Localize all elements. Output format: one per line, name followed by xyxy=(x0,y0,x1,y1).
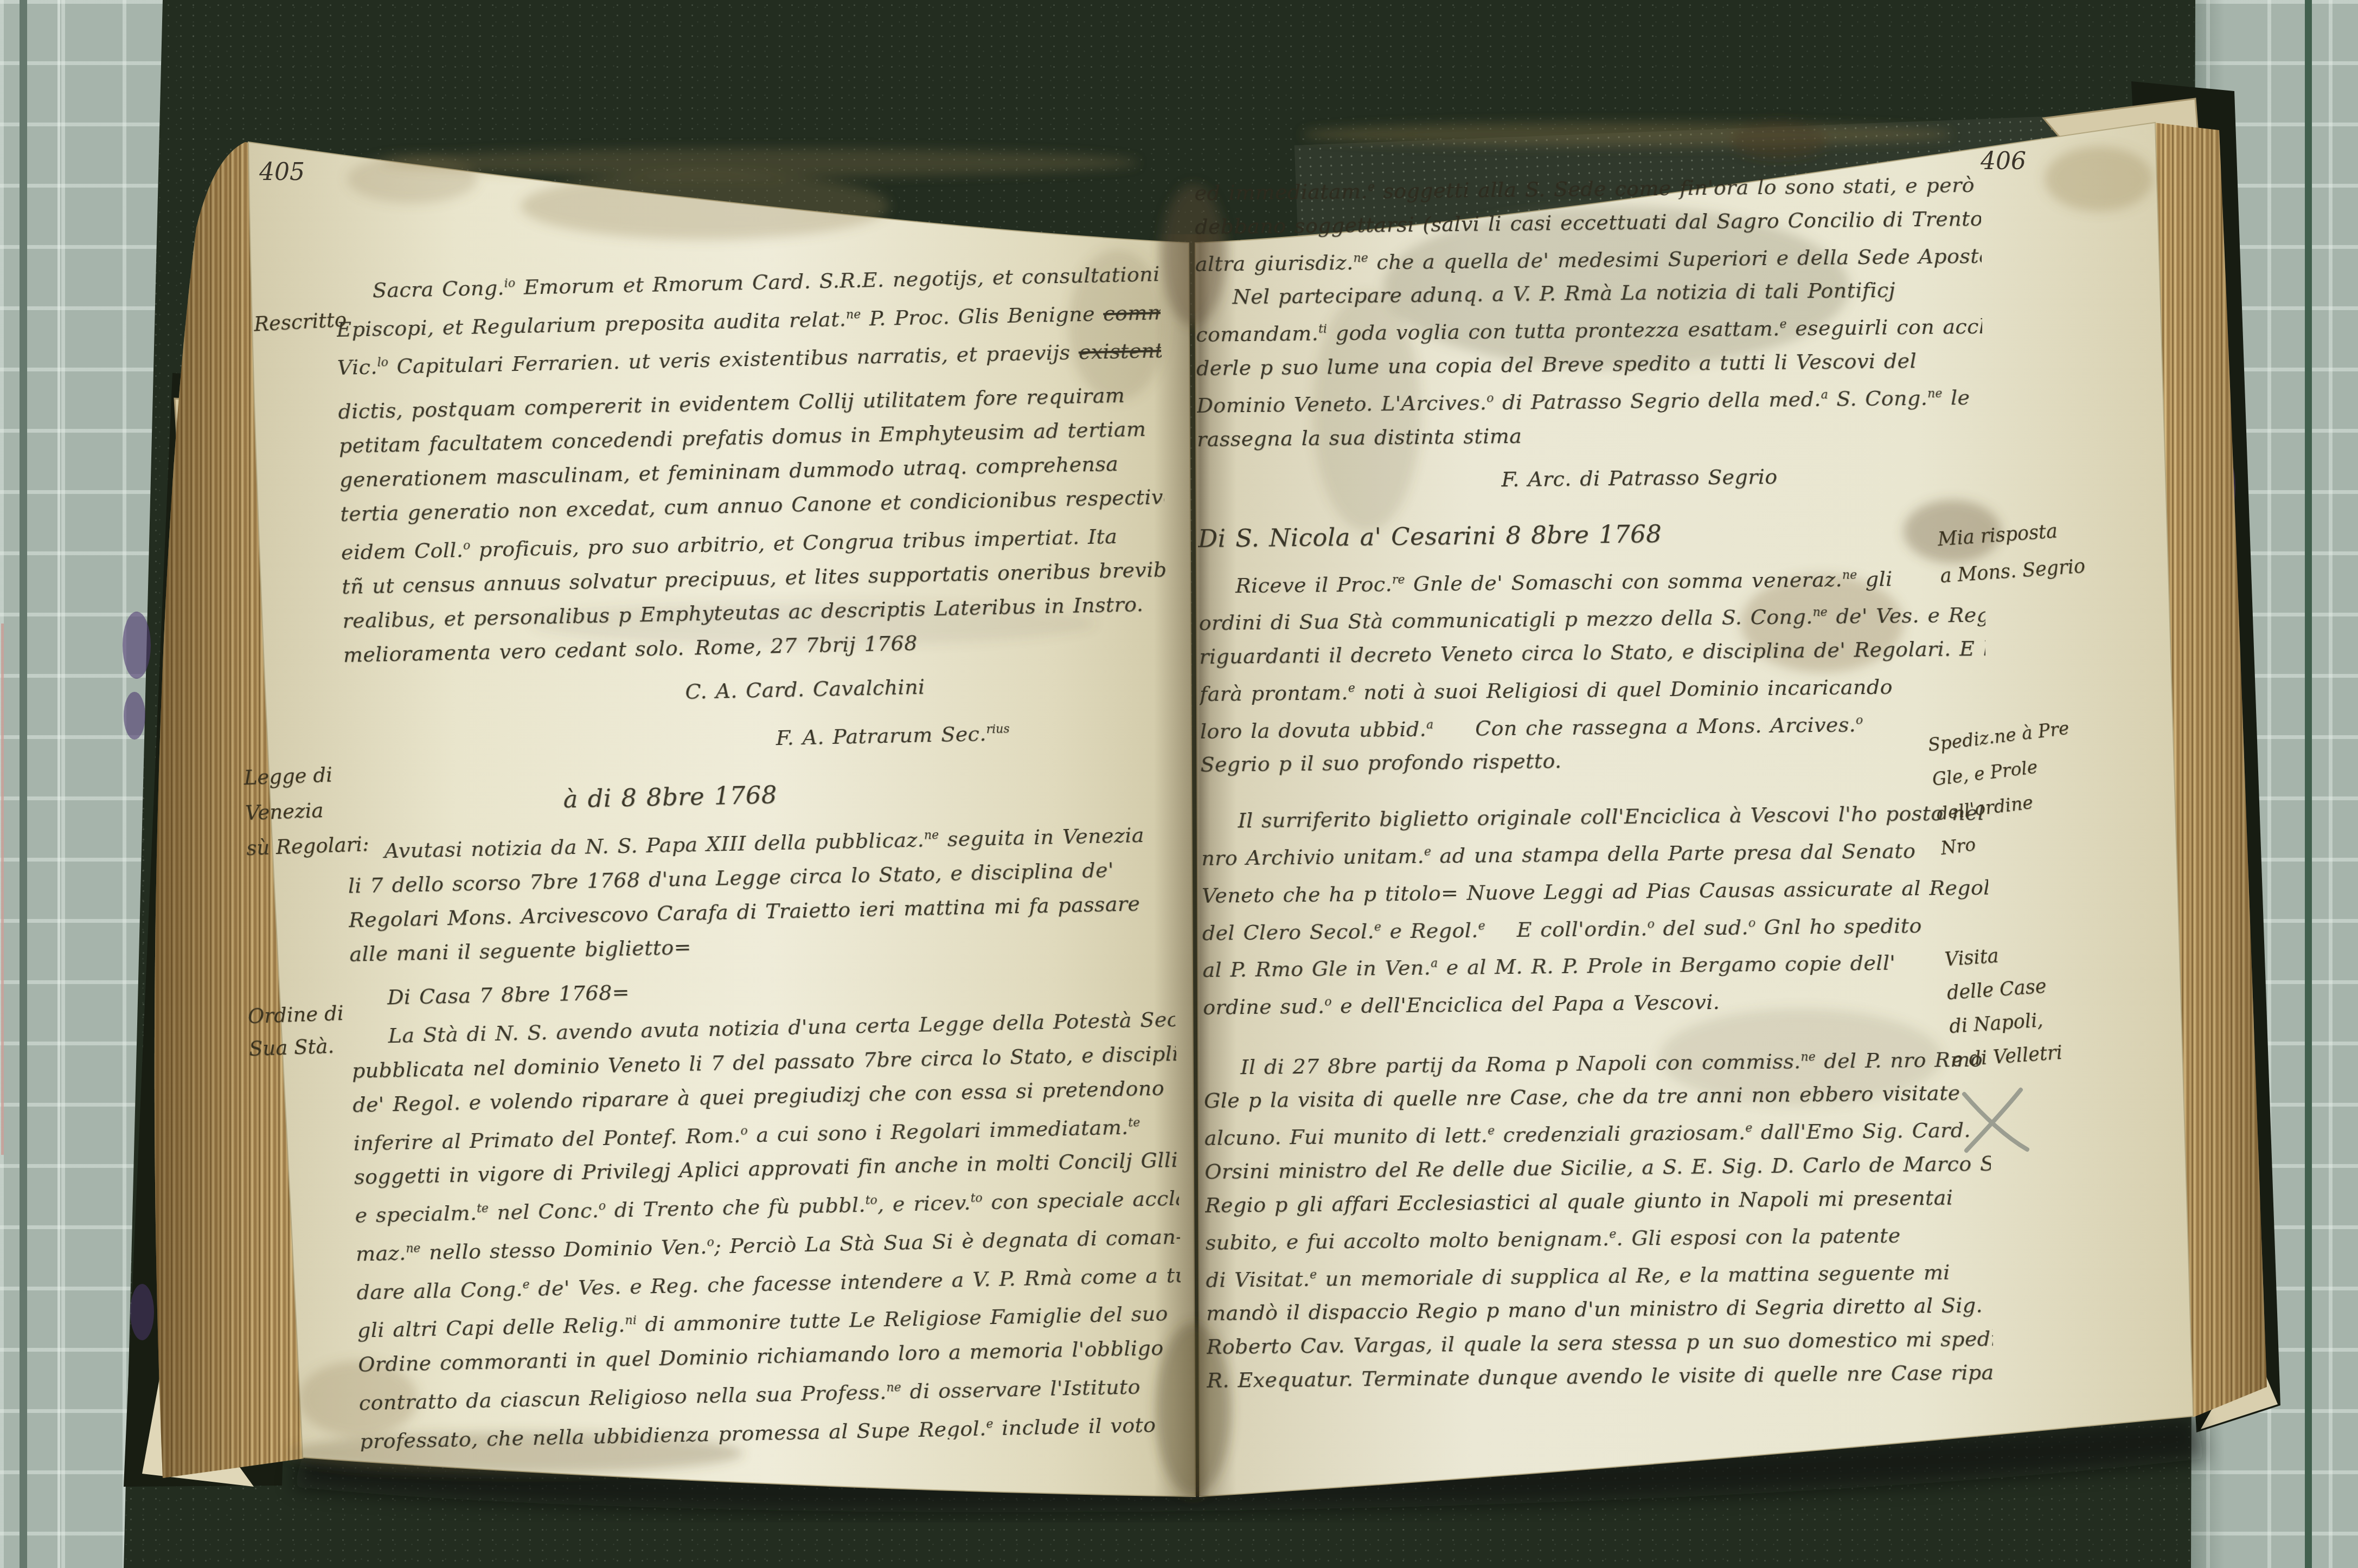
margin-note-rescritto: Rescritto xyxy=(253,308,347,336)
text-line: à di 8 8bre 1768 xyxy=(346,769,1171,821)
margin-note-spedizione: Spediz.ne à Pre Gle, e Prole dell'ordine… xyxy=(1926,711,2084,866)
margin-note-mia-risposta: Mia risposta a Mons. Segrio xyxy=(1937,511,2087,595)
text-line: F. Arc. di Patrasso Segrio xyxy=(1197,457,1984,499)
text-line: C. A. Card. Cavalchini xyxy=(344,665,1169,716)
page-number-right: 406 xyxy=(1981,147,2026,175)
text-line: ordine sud.o e dell'Enciclica del Papa a… xyxy=(1203,979,1990,1024)
manuscript-photo: 405 406 Sacra Cong.io Emorum et Rmorum C… xyxy=(0,0,2358,1568)
text-line: F. A. Patrarum Sec.rius xyxy=(345,709,1170,764)
text-line: Di S. Nicola a' Cesarini 8 8bre 1768 xyxy=(1198,513,1985,555)
left-page-text: Sacra Cong.io Emorum et Rmorum Card. S.R… xyxy=(335,253,1184,1451)
right-page-text: ed immediatam.e soggetti alla S. Sede co… xyxy=(1194,164,1994,1398)
margin-note-visita-case: Visita delle Case di Napoli, e di Vellet… xyxy=(1944,935,2064,1077)
margin-note-legge-venezia: Legge di Venezia sù Regolari: xyxy=(244,756,370,866)
page-number-left: 405 xyxy=(259,158,305,186)
margin-note-ordine-sua-santita: Ordine di Sua Stà. xyxy=(247,997,345,1065)
